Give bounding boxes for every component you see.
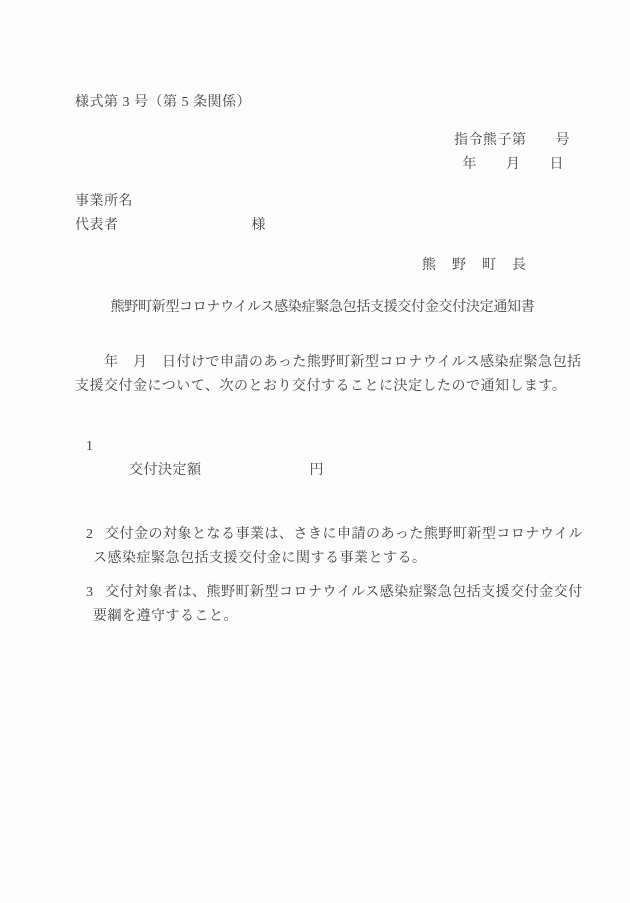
item-text-line: ス感染症緊急包括支援交付金に関する事業とする。	[93, 547, 570, 571]
item-text-line: 交付決定額円	[105, 435, 570, 507]
document-title: 熊野町新型コロナウイルス感染症緊急包括支援交付金交付決定通知書	[75, 296, 570, 320]
representative-label: 代表者	[75, 218, 119, 233]
item-number: 2	[86, 523, 94, 547]
item-text-line: 交付対象者は、熊野町新型コロナウイルス感染症緊急包括支援交付金交付	[105, 581, 570, 605]
item-compliance: 3 交付対象者は、熊野町新型コロナウイルス感染症緊急包括支援交付金交付 要綱を遵…	[75, 581, 570, 629]
item-eligible-business: 2 交付金の対象となる事業は、さきに申請のあった熊野町新型コロナウイル ス感染症…	[75, 523, 570, 571]
item-number: 1	[86, 435, 94, 459]
yen-unit-label: 円	[310, 463, 325, 478]
grant-amount-label: 交付決定額	[129, 463, 202, 478]
honorific-label: 様	[252, 218, 267, 233]
document-number-line: 指令熊子第 号	[75, 129, 570, 153]
item-number: 3	[86, 581, 94, 605]
sender-mayor-line: 熊 野 町 長	[75, 254, 570, 278]
body-paragraph-line: 年 月 日付けで申請のあった熊野町新型コロナウイルス感染症緊急包括	[75, 351, 570, 375]
representative-line: 代表者様	[75, 214, 570, 238]
document-page: 様式第 3 号（第 5 条関係） 指令熊子第 号 年 月 日 事業所名 代表者様…	[0, 0, 630, 903]
item-grant-amount: 1 交付決定額円	[75, 435, 570, 507]
body-paragraph-line: 支援交付金について、次のとおり交付することに決定したので通知します。	[75, 375, 570, 399]
item-text-line: 交付金の対象となる事業は、さきに申請のあった熊野町新型コロナウイル	[105, 523, 570, 547]
office-name-label: 事業所名	[75, 190, 570, 214]
body-paragraph: 年 月 日付けで申請のあった熊野町新型コロナウイルス感染症緊急包括 支援交付金に…	[75, 351, 570, 399]
form-number-label: 様式第 3 号（第 5 条関係）	[75, 91, 570, 115]
item-text-line: 要綱を遵守すること。	[93, 605, 570, 629]
date-line: 年 月 日	[75, 153, 570, 177]
